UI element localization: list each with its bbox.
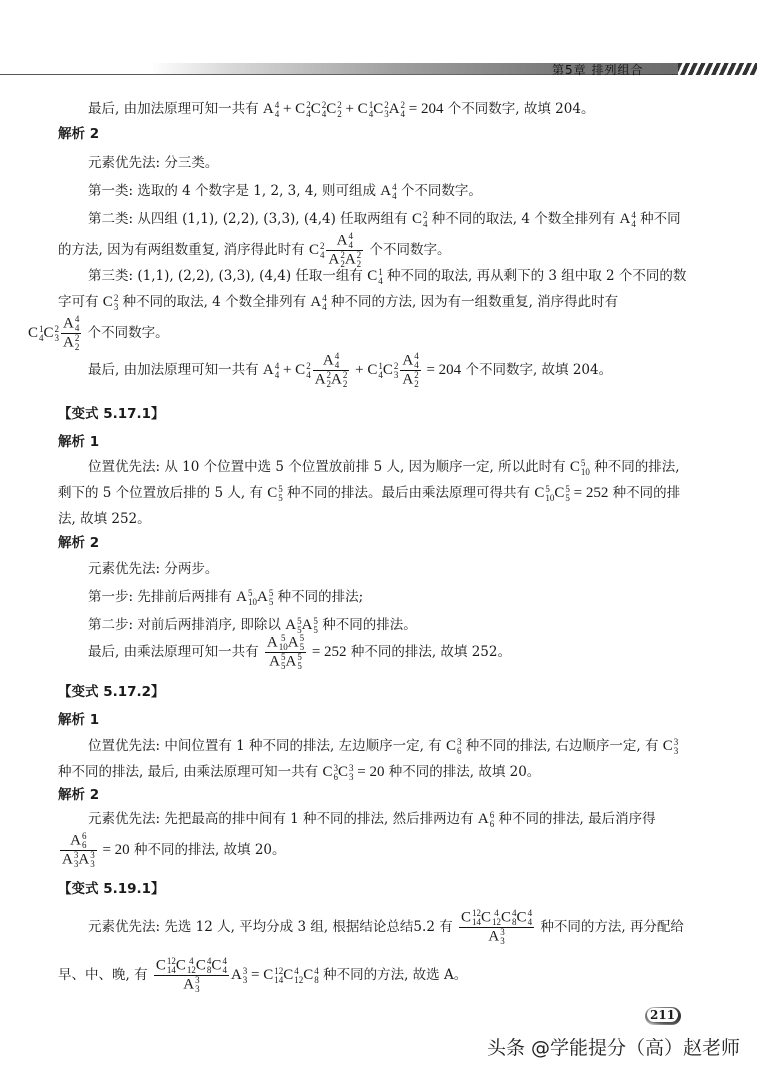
- paragraph-position-method: 位置优先法: 从 10 个位置中选 5 个位置放前排 5 人, 因为顺序一定, …: [58, 454, 688, 532]
- page-number-badge: 211: [645, 1007, 681, 1025]
- paragraph-element-method-3: 元素优先法: 先选 12 人, 平均分成 3 组, 根据结论总结5.2 有 C1…: [58, 903, 688, 999]
- heading-jiexi-2: 解析 2: [58, 531, 99, 551]
- paragraph-class-2: 第二类: 从四组 (1,1), (2,2), (3,3), (4,4) 任取两组…: [58, 206, 688, 269]
- chapter-title: 第5章 排列组合: [552, 61, 643, 78]
- page-number: 211: [647, 1008, 678, 1022]
- heading-jiexi-2: 解析 2: [58, 122, 99, 142]
- heading-jiexi-2: 解析 2: [58, 783, 99, 803]
- heading-jiexi-1: 解析 1: [58, 430, 99, 450]
- heading-variant-5-19-1: 【变式 5.19.1】: [58, 877, 165, 897]
- paragraph-final-sum-2: 最后, 由加法原理可知一共有 A44 + C24A44A22A22 + C14C…: [58, 352, 688, 389]
- heading-variant-5-17-1: 【变式 5.17.1】: [58, 402, 165, 422]
- heading-variant-5-17-2: 【变式 5.17.2】: [58, 680, 165, 700]
- paragraph-class-3: 第三类: (1,1), (2,2), (3,3), (4,4) 任取一组有 C1…: [58, 263, 688, 352]
- paragraph-final-sum-1: 最后, 由加法原理可知一共有 A44 + C24C24C22 + C14C23A…: [58, 96, 688, 122]
- paragraph-final-product: 最后, 由乘法原理可知一共有 A510A55A55A55 = 252 种不同的排…: [58, 634, 688, 671]
- paragraph-method: 元素优先法: 分三类。: [58, 150, 688, 176]
- paragraph-position-method-2: 位置优先法: 中间位置有 1 种不同的排法, 左边顺序一定, 有 C36 种不同…: [58, 733, 688, 785]
- paragraph-step-1: 第一步: 先排前后两排有 A510A55 种不同的排法;: [58, 584, 688, 610]
- watermark: 头条 @学能提分（高）赵老师: [487, 1033, 740, 1060]
- paragraph-method-two-steps: 元素优先法: 分两步。: [58, 556, 688, 582]
- paragraph-element-method-2: 元素优先法: 先把最高的排中间有 1 种不同的排法, 然后排两边有 A66 种不…: [58, 806, 688, 869]
- paragraph-class-1: 第一类: 选取的 4 个数字是 1, 2, 3, 4, 则可组成 A44 个不同…: [58, 178, 688, 204]
- header-stripes-decoration: [678, 63, 757, 75]
- heading-jiexi-1: 解析 1: [58, 708, 99, 728]
